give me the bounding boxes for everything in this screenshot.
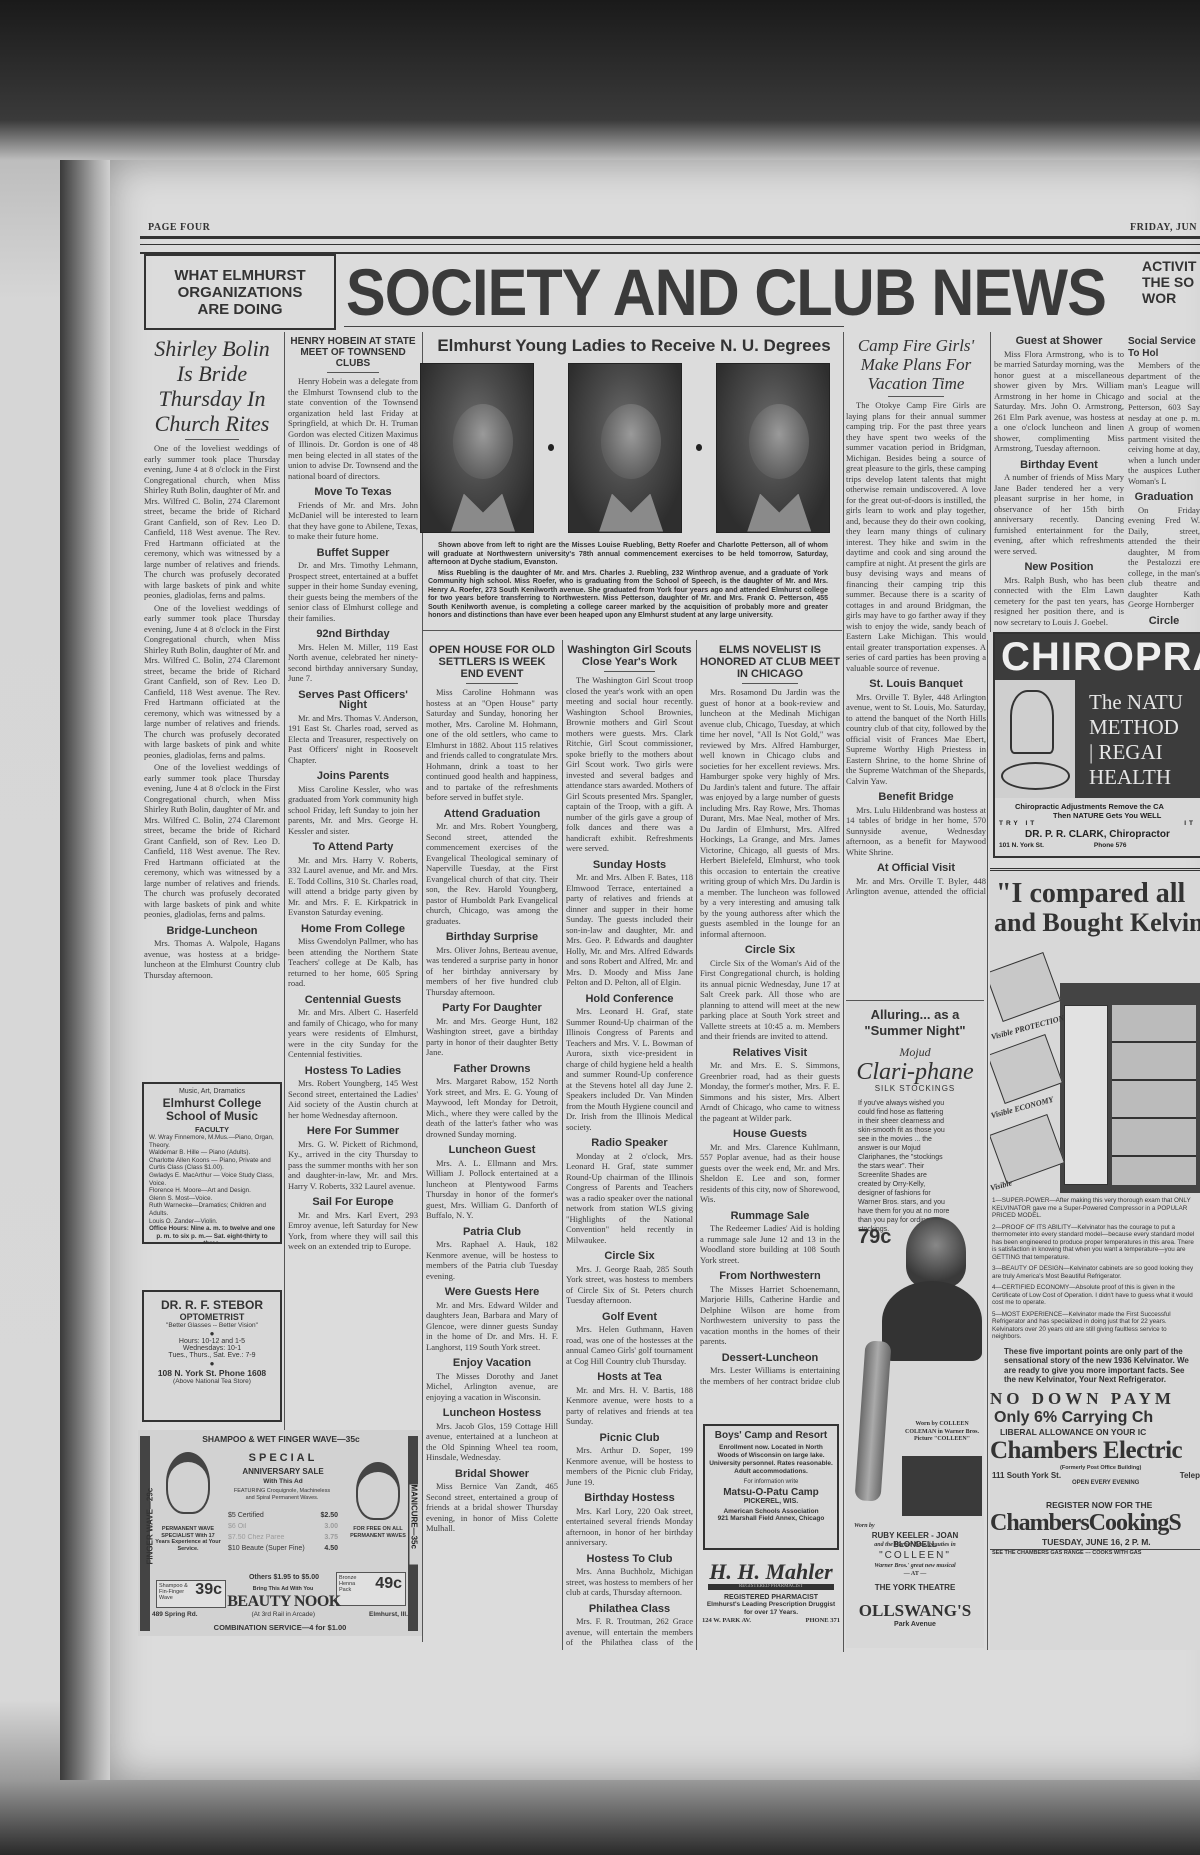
camp-body: Enrollment now. Located in North Woods o…: [709, 1444, 833, 1476]
article-body: Henry Hobein was a delegate from the Elm…: [288, 376, 418, 481]
page-label: PAGE FOUR: [148, 222, 210, 233]
organizations-box-title: WHAT ELMHURST ORGANIZATIONS ARE DOING: [165, 267, 315, 318]
faculty-item: Waldemar B. Hille — Piano (Adults).: [149, 1149, 275, 1157]
kelvinator-point: 5—MOST EXPERIENCE—Kelvinator made the Fi…: [992, 1311, 1196, 1341]
photo-charlotte-petterson: [716, 363, 830, 533]
model-dress-illustration: [882, 1281, 982, 1361]
ad-elmhurst-college-music: Music, Art, Dramatics Elmhurst College S…: [142, 1082, 282, 1244]
subhead: Radio Speaker: [566, 1138, 693, 1149]
price-row: $10 Beaute (Super Fine)4.50: [228, 1543, 338, 1554]
camp-place: PICKEREL, WIS.: [709, 1498, 833, 1505]
section-masthead: SOCIETY AND CLUB NEWS: [346, 252, 958, 332]
subhead: Philathea Class: [566, 1604, 693, 1615]
camp-name: Matsu-O-Patu Camp: [709, 1487, 833, 1498]
mahler-line2: Elmhurst's Leading Prescription Druggist…: [702, 1601, 840, 1617]
fridge-interior: [1112, 1005, 1196, 1185]
item-body: Mrs. Helen Guthmann, Haven road, was one…: [566, 1324, 693, 1366]
headline-bolin-wedding: Shirley Bolin Is Bride Thursday In Churc…: [144, 336, 280, 436]
mojud-headline: Alluring... as a "Summer Night": [846, 1007, 984, 1039]
mahler-name: H. H. Mahler: [702, 1560, 840, 1584]
headline-hobein: HENRY HOBEIN AT STATE MEET OF TOWNSEND C…: [288, 336, 418, 369]
camp-write: For information write: [709, 1479, 833, 1485]
item-body: The Misses Dorothy and Janet Michel, Arl…: [426, 1371, 558, 1403]
ad-chiropractor: CHIROPRACT The NATU METHOD | REGAI HEALT…: [993, 632, 1200, 858]
column-rule: [990, 332, 991, 632]
item-body: On Friday evening Fred W. Daily, street,…: [1128, 505, 1200, 610]
binding-gutter: [60, 160, 110, 1780]
refrigerator-illustration: Visible PROTECTION Visible ECONOMY Visib…: [990, 943, 1200, 1193]
item-body: Mr. and Mrs. George Hunt, 182 Washington…: [426, 1016, 558, 1058]
subhead: Patria Club: [426, 1227, 558, 1238]
subhead: Hold Conference: [566, 994, 693, 1005]
subhead: Circle Six: [566, 1251, 693, 1262]
item-body: Mrs. Anna Buchholz, Michigan street, was…: [566, 1566, 693, 1598]
beauty-left-note: PERMANENT WAVE SPECIALIST With 17 Years …: [154, 1526, 222, 1552]
beauty-others: Others $1.95 to $5.00: [226, 1574, 342, 1581]
cooking-school: ChambersCookingS: [990, 1510, 1200, 1537]
hours-line: Wednesdays: 10-1: [148, 1345, 276, 1352]
beauty-bottom-band: COMBINATION SERVICE—4 for $1.00: [178, 1623, 382, 1632]
subhead: Dessert-Luncheon: [700, 1353, 840, 1364]
mojud-worn-by-2: Worn by: [854, 1523, 875, 1529]
subhead-bridge-luncheon: Bridge-Luncheon: [144, 926, 280, 937]
subhead: Birthday Hostess: [566, 1493, 693, 1504]
beauty-top-band: SHAMPOO & WET FINGER WAVE—35c: [176, 1434, 386, 1444]
column-rule: [284, 332, 285, 1442]
chiro-try-row: TRY ITIT: [995, 820, 1200, 827]
subhead: Move To Texas: [288, 487, 418, 498]
item-body: Mr. and Mrs. Robert Youngberg, Second st…: [426, 821, 558, 926]
visible-label: Visible: [990, 1178, 1013, 1192]
top-rule-thin: [140, 244, 1200, 245]
chambers-electric: Chambers Electric: [990, 1437, 1200, 1465]
headline-open-house: OPEN HOUSE FOR OLD SETTLERS IS WEEK END …: [426, 644, 558, 680]
beauty-special: SPECIAL: [228, 1452, 338, 1464]
caption-paragraph: Miss Ruebling is the daughter of Mr. and…: [428, 570, 828, 621]
mahler-contact: 124 W. PARK AV.PHONE 371: [702, 1617, 840, 1624]
woman-profile-left-illustration: [166, 1452, 210, 1514]
subhead: Buffet Supper: [288, 548, 418, 559]
subhead: Party For Daughter: [426, 1003, 558, 1014]
subhead: Bridal Shower: [426, 1469, 558, 1480]
kelvinator-points: 1—SUPER-POWER—After making this very tho…: [990, 1193, 1200, 1341]
kelvinator-headline-2: and Bought Kelvina: [990, 909, 1200, 937]
subhead: At Official Visit: [846, 863, 986, 874]
subhead: St. Louis Banquet: [846, 679, 986, 690]
chiro-line2: Then NATURE Gets You WELL: [995, 811, 1200, 820]
organizations-box: WHAT ELMHURST ORGANIZATIONS ARE DOING: [144, 254, 336, 330]
item-body: Mrs. Orville T. Byler, 448 Arlington ave…: [846, 692, 986, 787]
hours-line: Tues., Thurs., Sat. Eve.: 7-9: [148, 1352, 276, 1359]
subhead: Hosts at Tea: [566, 1372, 693, 1383]
subhead: Hostess To Ladies: [288, 1066, 418, 1077]
separator: [604, 671, 655, 672]
chiro-title: CHIROPRACT: [995, 634, 1200, 680]
subhead: Relatives Visit: [700, 1048, 840, 1059]
ad-mojud-stockings: Alluring... as a "Summer Night" Mojud Cl…: [846, 1000, 984, 1648]
photo-betty-roefer: [568, 363, 682, 533]
item-body: Mrs. F. R. Troutman, 262 Grace avenue, w…: [566, 1616, 693, 1649]
article-hobein-townsend: HENRY HOBEIN AT STATE MEET OF TOWNSEND C…: [288, 336, 418, 1426]
subhead: Home From College: [288, 924, 418, 935]
item-body: Mrs. Raphael A. Hauk, 182 Kenmore avenue…: [426, 1239, 558, 1281]
item-body: The Redeemer Ladies' Aid is holding a ru…: [700, 1223, 840, 1265]
price-list: $5 Certified$2.50 $6 Oil3.00 $7.50 Chez …: [228, 1510, 338, 1554]
mojud-store: OLLSWANG'S: [852, 1601, 978, 1621]
item-body: Mrs. Ralph Bush, who has been connected …: [994, 575, 1124, 627]
optometrist-note: (Above National Tea Store): [148, 1378, 276, 1385]
chambers-address-row: 111 South York St.Telep: [990, 1471, 1200, 1480]
price-row: $7.50 Chez Paree3.75: [228, 1532, 338, 1543]
subhead: Luncheon Hostess: [426, 1408, 558, 1419]
date-label: FRIDAY, JUN: [1130, 222, 1197, 233]
mojud-musical: Warner Bros.' great new musical: [852, 1563, 978, 1569]
subhead: Enjoy Vacation: [426, 1358, 558, 1369]
article-body: Mrs. Thomas A. Walpole, Hagans avenue, w…: [144, 938, 280, 980]
beauty-bring: Bring This Ad With You: [228, 1586, 338, 1592]
subhead: 92nd Birthday: [288, 629, 418, 640]
separator: [185, 439, 239, 440]
subhead: Golf Event: [566, 1312, 693, 1323]
beauty-right-band-text: MANICURE—35c: [410, 1485, 419, 1565]
article-body: Members of the department of the man's L…: [1128, 360, 1200, 486]
item-body: Mr. and Mrs. Karl Evert, 293 Emroy avenu…: [288, 1210, 418, 1252]
item-body: Mr. and Mrs. Albert C. Haserfeld and fam…: [288, 1007, 418, 1060]
subhead: Centennial Guests: [288, 995, 418, 1006]
music-kicker: Music, Art, Dramatics: [149, 1088, 275, 1095]
column-rule: [696, 640, 697, 1650]
photo-louise-ruebling: [420, 363, 534, 533]
headline-girl-scouts: Washington Girl Scouts Close Year's Work: [566, 644, 693, 668]
item-body: Mr. and Mrs. Edward Wilder and daughters…: [426, 1300, 558, 1353]
item-body: Mr. and Mrs. E. S. Simmons, Greenbrier r…: [700, 1060, 840, 1123]
item-body: Miss Bernice Van Zandt, 465 Second stree…: [426, 1481, 558, 1534]
column-rule: [562, 640, 563, 1650]
ad-boys-camp: Boys' Camp and Resort Enrollment now. Lo…: [703, 1424, 839, 1550]
ad-dr-stebor-optometrist: DR. R. F. STEBOR OPTOMETRIST "Better Gla…: [142, 1290, 282, 1422]
stocking-box-illustration: [902, 1456, 982, 1516]
beauty-featuring: FEATURING Croquignole, Machineless and S…: [230, 1488, 334, 1501]
item-body: Mrs. G. W. Pickett of Richmond, Ky., arr…: [288, 1139, 418, 1192]
item-body: Miss Gwendolyn Pallmer, who has been att…: [288, 936, 418, 989]
mojud-brand: Clari-phane: [846, 1060, 984, 1084]
subhead: Circle: [1128, 616, 1200, 627]
item-body: Mrs. A. L. Ellmann and Mrs. William J. P…: [426, 1158, 558, 1221]
article-body: The Washington Girl Scout troop closed t…: [566, 675, 693, 854]
mojud-worn-by-1: Worn by COLLEEN COLEMAN in Warner Bros. …: [902, 1421, 982, 1444]
faculty-item: Charlotte Allen Koons — Piano, Private a…: [149, 1157, 275, 1172]
visible-plan-card: [990, 1114, 1065, 1184]
article-body: Mrs. Rosamond Du Jardin was the guest of…: [700, 687, 840, 939]
kelvinator-point: 1—SUPER-POWER—After making this very tho…: [992, 1197, 1196, 1220]
subhead: Attend Graduation: [426, 809, 558, 820]
article-bolin-wedding: Shirley Bolin Is Bride Thursday In Churc…: [144, 336, 280, 1076]
subhead: Guest at Shower: [994, 336, 1124, 347]
mojud-price: 79c: [858, 1226, 891, 1249]
faculty-list: W. Wray Finnemore, M.Mus.—Piano, Organ, …: [149, 1134, 275, 1244]
separator: [742, 683, 798, 684]
feature-headline: Elmhurst Young Ladies to Receive N. U. D…: [428, 334, 840, 358]
subhead: Picnic Club: [566, 1433, 693, 1444]
item-body: Mr. and Mrs. Harry V. Roberts, 332 Laure…: [288, 855, 418, 918]
item-body: Mrs. Karl Lory, 220 Oak street, entertai…: [566, 1506, 693, 1548]
article-girl-scouts: Washington Girl Scouts Close Year's Work…: [566, 644, 693, 1649]
music-title: Elmhurst College School of Music: [149, 1097, 275, 1123]
subhead: House Guests: [700, 1129, 840, 1140]
article-body: Miss Caroline Hohmann was hostess at an …: [426, 687, 558, 803]
cooking-school-date: TUESDAY, JUNE 16, 2 P. M.: [990, 1537, 1200, 1547]
bullet-icon: ●: [148, 1359, 276, 1368]
model-illustration: [906, 1217, 966, 1287]
faculty-item: Glenn S. Most—Voice.: [149, 1195, 275, 1203]
ad-beauty-nook: SHAMPOO & WET FINGER WAVE—35c FINGER WAV…: [138, 1430, 422, 1636]
visible-protection-card: [990, 952, 1061, 1022]
mojud-street: Park Avenue: [852, 1621, 978, 1628]
chiro-doctor: DR. P. R. CLARK, Chiropractor: [995, 827, 1200, 840]
subhead: Birthday Surprise: [426, 932, 558, 943]
kelvinator-headline-1: "I compared all: [990, 879, 1200, 909]
office-hours: Office Hours: Nine a. m. to twelve and o…: [149, 1225, 275, 1244]
beauty-right-note: FOR FREE ON ALL PERMANENT WAVES: [350, 1526, 406, 1540]
bullet-icon: [696, 444, 702, 451]
item-body: Mr. and Mrs. Orville T. Byler, 448 Arlin…: [846, 876, 986, 897]
item-body: Mr. and Mrs. Clarence Kuhlmann, 557 Popl…: [700, 1142, 840, 1205]
separator: [327, 372, 379, 373]
camp-assoc: American Schools Association: [709, 1508, 833, 1515]
subhead: Father Drowns: [426, 1064, 558, 1075]
top-rule: [140, 236, 1200, 239]
beauty-with-ad: With This Ad: [228, 1478, 338, 1485]
item-body: Mrs. Oliver Johns, Berteau avenue, was t…: [426, 945, 558, 998]
item-body: Mr. and Mrs. Thomas V. Anderson, 191 Eas…: [288, 713, 418, 766]
subhead: Graduation: [1128, 492, 1200, 503]
item-body: Mrs. Arthur D. Soper, 199 Kenmore avenue…: [566, 1445, 693, 1487]
item-body: Mr. and Mrs. H. V. Bartis, 188 Kenmore a…: [566, 1385, 693, 1427]
fridge-door-open: [1064, 1005, 1108, 1185]
optometrist-title: OPTOMETRIST: [148, 1312, 276, 1322]
article-elms-novelist: ELMS NOVELIST IS HONORED AT CLUB MEET IN…: [700, 644, 840, 1384]
item-body: The Misses Harriet Schoenemann, Marjorie…: [700, 1284, 840, 1347]
mojud-at: — AT —: [852, 1571, 978, 1577]
chambers-footer: SEE THE CHAMBERS GAS RANGE --- COOKS WIT…: [990, 1549, 1200, 1556]
camp-title: Boys' Camp and Resort: [709, 1430, 833, 1441]
faculty-item: Louis O. Zander—Violin.: [149, 1218, 275, 1226]
chiro-panel: The NATU METHOD | REGAI HEALTH: [995, 680, 1200, 798]
optometrist-name: DR. R. F. STEBOR: [148, 1298, 276, 1312]
subhead: Birthday Event: [994, 460, 1124, 471]
liberal-allowance: LIBERAL ALLOWANCE ON YOUR IC: [990, 1427, 1200, 1437]
subhead: Here For Summer: [288, 1126, 418, 1137]
kelvinator-closing: These five important points are only par…: [990, 1345, 1200, 1385]
article-body-continued: One of the loveliest weddings of early s…: [144, 762, 280, 920]
headline-elms-novelist: ELMS NOVELIST IS HONORED AT CLUB MEET IN…: [700, 644, 840, 680]
item-body: Mrs. Helen M. Miller, 119 East North ave…: [288, 642, 418, 684]
register-now: REGISTER NOW FOR THE: [990, 1500, 1200, 1510]
item-body: Mrs. J. George Raab, 285 South York stre…: [566, 1264, 693, 1306]
column-short-items: Guest at Shower Miss Flora Armstrong, wh…: [994, 336, 1124, 626]
separator: [888, 396, 944, 397]
optometrist-slogan: "Better Glasses -- Better Vision": [148, 1322, 276, 1329]
beauty-left-band-text: FINGER WAVE—29c: [146, 1485, 155, 1565]
item-body: Mrs. Margaret Rabow, 152 North York stre…: [426, 1076, 558, 1139]
caption-paragraph: Shown above from left to right are the M…: [428, 542, 828, 568]
item-body: Friends of Mr. and Mrs. John McDaniel wi…: [288, 500, 418, 542]
article-open-house: OPEN HOUSE FOR OLD SETTLERS IS WEEK END …: [426, 644, 558, 1649]
faculty-item: Gwladys E. MacArthur — Voice Study Class…: [149, 1172, 275, 1187]
beauty-nook-name: BEAUTY NOOK: [226, 1593, 342, 1611]
subhead: Serves Past Officers' Night: [288, 690, 418, 711]
chiro-line1: Chiropractic Adjustments Remove the CA: [995, 798, 1200, 811]
carrying-charge: Only 6% Carrying Ch: [990, 1409, 1200, 1427]
column-rule: [987, 640, 988, 1650]
masthead-rule: [344, 326, 844, 327]
feature-caption: Shown above from left to right are the M…: [428, 542, 828, 623]
article-camp-fire-girls: Camp Fire Girls' Make Plans For Vacation…: [846, 336, 986, 896]
optometrist-address: 108 N. York St. Phone 1608: [148, 1368, 276, 1378]
graduates-photo-row: [420, 365, 830, 530]
hours-line: Hours: 10-12 and 1-5: [148, 1338, 276, 1345]
chiropractor-treating-patient-illustration: [995, 680, 1075, 798]
item-body: Monday at 2 o'clock, Mrs. Leonard H. Gra…: [566, 1151, 693, 1246]
article-body-continued: One of the loveliest weddings of early s…: [144, 603, 280, 761]
faculty-item: Ruth Warnecke—Dramatics; Children and Ad…: [149, 1202, 275, 1217]
right-strip-heading: ACTIVIT THE SO WOR: [1142, 258, 1200, 306]
subhead: Benefit Bridge: [846, 792, 986, 803]
faculty-item: W. Wray Finnemore, M.Mus.—Piano, Organ, …: [149, 1134, 275, 1149]
item-body: Mrs. Lester Williams is entertaining the…: [700, 1365, 840, 1384]
column-rule: [843, 332, 844, 1652]
beauty-sale: ANNIVERSARY SALE: [228, 1467, 338, 1476]
item-body: Mrs. Lulu Hildenbrand was hostess at 14 …: [846, 805, 986, 858]
subhead: Joins Parents: [288, 771, 418, 782]
combo-box-left: Shampoo & Fin-Finger Wave 39c: [156, 1580, 226, 1608]
mojud-film: "COLLEEN": [852, 1550, 978, 1561]
model-leg-illustration: [854, 1340, 891, 1501]
mahler-band: REGISTERED PHARMACIST: [708, 1584, 834, 1590]
combo-box-right: Bronze Henna Pack 49c: [336, 1572, 406, 1606]
price-row: $6 Oil3.00: [228, 1521, 338, 1532]
no-down-payment: NO DOWN PAYM: [990, 1389, 1200, 1409]
bullet-icon: ●: [148, 1329, 276, 1338]
item-body: Dr. and Mrs. Timothy Lehmann, Prospect s…: [288, 560, 418, 623]
subhead: Hostess To Club: [566, 1554, 693, 1565]
chiro-tagline: The NATU METHOD | REGAI HEALTH: [1075, 680, 1183, 798]
subhead: To Attend Party: [288, 842, 418, 853]
item-body: Miss Caroline Kessler, who was graduated…: [288, 784, 418, 837]
subhead: Luncheon Guest: [426, 1145, 558, 1156]
headline-camp-fire-girls: Camp Fire Girls' Make Plans For Vacation…: [846, 336, 986, 393]
item-body: A number of friends of Miss Mary Jane Ba…: [994, 472, 1124, 556]
separator: [466, 683, 519, 684]
article-body: One of the loveliest weddings of early s…: [144, 443, 280, 601]
subhead: Were Guests Here: [426, 1287, 558, 1298]
kelvinator-point: 3—BEAUTY OF DESIGN—Kelvinator cabinets a…: [992, 1265, 1196, 1280]
chiro-contact: 101 N. York St.Phone 576: [995, 840, 1200, 851]
camp-address: 921 Marshall Field Annex, Chicago: [709, 1515, 833, 1522]
subhead: Circle Six: [700, 945, 840, 956]
ad-mahler-pharmacist: H. H. Mahler REGISTERED PHARMACIST REGIS…: [702, 1560, 840, 1648]
woman-profile-right-illustration: [356, 1462, 400, 1520]
visible-economy-card: [990, 1034, 1063, 1104]
mojud-beauties: and the Warner Bros. beauties in: [852, 1542, 978, 1548]
item-body: Miss Flora Armstrong, who is to be marri…: [994, 349, 1124, 454]
ad-kelvinator-chambers: "I compared all and Bought Kelvina Visib…: [990, 868, 1200, 1650]
feature-bottom-rule: [422, 630, 842, 631]
mojud-theatre: THE YORK THEATRE: [852, 1583, 978, 1592]
faculty-item: Florence H. Moore—Art and Design.: [149, 1187, 275, 1195]
item-body: Mrs. Leonard H. Graf, state Summer Round…: [566, 1006, 693, 1132]
mojud-product: SILK STOCKINGS: [846, 1084, 984, 1093]
mojud-body: If you've always wished you could find h…: [846, 1093, 956, 1234]
kelvinator-point: 4—CERTIFIED ECONOMY—Absolute proof of th…: [992, 1284, 1196, 1307]
subhead: Sunday Hosts: [566, 860, 693, 871]
kelvinator-point: 2—PROOF OF ITS ABILITY—Kelvinator has th…: [992, 1224, 1196, 1262]
chambers-open: OPEN EVERY EVENING: [990, 1480, 1200, 1486]
subhead: Sail For Europe: [288, 1197, 418, 1208]
mojud-brand-small: Mojud: [846, 1045, 984, 1060]
item-body: Mrs. Robert Youngberg, 145 West Second s…: [288, 1078, 418, 1120]
item-body: Circle Six of the Woman's Aid of the Fir…: [700, 958, 840, 1042]
bullet-icon: [548, 444, 554, 451]
price-row: $5 Certified$2.50: [228, 1510, 338, 1521]
subhead: Rummage Sale: [700, 1211, 840, 1222]
article-body: The Otokye Camp Fire Girls are laying pl…: [846, 400, 986, 673]
music-faculty-label: FACULTY: [149, 1125, 275, 1134]
subhead: From Northwestern: [700, 1271, 840, 1282]
mahler-line1: REGISTERED PHARMACIST: [702, 1594, 840, 1601]
subhead: New Position: [994, 562, 1124, 573]
column-social-service: Social Service To Hol Members of the dep…: [1128, 336, 1200, 626]
headline-social-service: Social Service To Hol: [1128, 336, 1200, 360]
beauty-address-row: 489 Spring Rd. (At 3rd Rail in Arcade) E…: [152, 1611, 408, 1618]
item-body: Mrs. Jacob Glos, 159 Cottage Hill avenue…: [426, 1421, 558, 1463]
item-body: Mr. and Mrs. Alben F. Bates, 118 Elmwood…: [566, 872, 693, 988]
